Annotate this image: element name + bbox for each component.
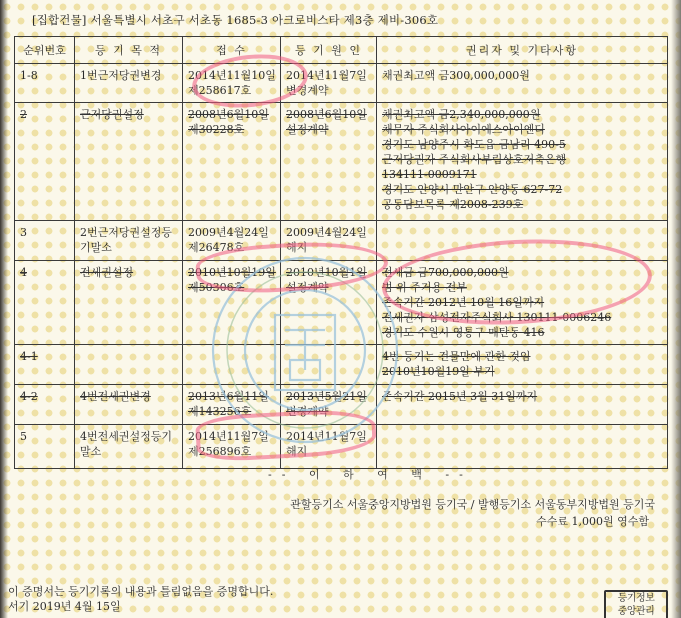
issue-date: 서기 2019년 4월 15일 <box>8 599 273 614</box>
cell-text: 제256896호 <box>188 444 251 459</box>
cell-text: 2014년11월7일 <box>188 429 269 444</box>
table-row: 1-81번근저당권변경2014년11월10일제258617호2014년11월7일… <box>15 64 668 103</box>
cell-text: 1번근저당권변경 <box>80 68 177 83</box>
purpose-cell: 4번전세권설정등기말소 <box>75 425 183 469</box>
cause-cell <box>281 345 377 385</box>
cell-text: 해지 <box>286 444 307 459</box>
cell-text: 2008년6월10일 <box>188 107 269 122</box>
purpose-cell: 1번근저당권변경 <box>75 64 183 103</box>
cell-text: 2014년11월7일 <box>286 68 367 83</box>
receipt-cell: 2008년6월10일제30228호 <box>183 103 281 221</box>
building-type-label: [집합건물] <box>32 13 87 27</box>
cell-text: 전세권설정 <box>80 265 177 280</box>
cell-text: 채권최고액 금300,000,000원 <box>382 68 530 83</box>
cell-text: 4-1 <box>20 349 38 364</box>
seal-text-line-2: 중앙관리 <box>606 605 666 618</box>
cell-text: 전세권자 삼성전자주식회사 130111-0006246 <box>382 310 611 325</box>
cell-text: 제30228호 <box>188 122 244 137</box>
cell-text: 3 <box>20 225 27 240</box>
table-row: 4-14번 등기는 건물만에 관한 것임2010년10월19일 부기 <box>15 345 668 385</box>
receipt-cell: 2014년11월7일제256896호 <box>183 425 281 469</box>
cell-text: 공동담보목록 제2008-239호 <box>382 197 523 212</box>
cell-text: 경기도 남양주시 화도읍 금남리 490-5 <box>382 137 566 152</box>
end-of-record-mark: -- 이 하 여 백 -- <box>268 466 473 482</box>
cell-text: 4번전세권설정등기말소 <box>80 429 177 459</box>
cell-text: 2009년4월24일 <box>188 225 269 240</box>
rank-cell: 3 <box>15 221 75 261</box>
rank-cell: 2 <box>15 103 75 221</box>
cell-text: 2010년10월1일 <box>286 265 367 280</box>
registry-info-seal: 등기정보 중앙관리 <box>604 590 668 618</box>
cell-text: 134111-0009171 <box>382 167 477 182</box>
cell-text: 전세금 금700,000,000원 <box>382 265 509 280</box>
cell-text: 존속기간 2015년 3월 31일까지 <box>382 389 537 404</box>
cell-text: 2014년11월7일 <box>286 429 367 444</box>
cell-text: 제26478호 <box>188 240 244 255</box>
details-cell: 전세금 금700,000,000원범 위 주거용 전부존속기간 2012년 10… <box>377 261 668 345</box>
purpose-cell <box>75 345 183 385</box>
cause-cell: 2008년6월10일설정계약 <box>281 103 377 221</box>
cell-text: 범 위 주거용 전부 <box>382 280 467 295</box>
cell-text: 2014년11월10일 <box>188 68 276 83</box>
purpose-cell: 2번근저당권설정등기말소 <box>75 221 183 261</box>
table-row: 4-24번전세권변경2013년6월11일제143256호2013년5월21일변경… <box>15 385 668 425</box>
table-header-row: 순위번호 등 기 목 적 접 수 등 기 원 인 권리자 및 기타사항 <box>15 37 668 64</box>
cause-cell: 2014년11월7일변경계약 <box>281 64 377 103</box>
cell-text: 제143256호 <box>188 404 251 419</box>
purpose-cell: 4번전세권변경 <box>75 385 183 425</box>
receipt-cell: 2010년10월19일제50306호 <box>183 261 281 345</box>
seal-text-line-1: 등기정보 <box>606 592 666 605</box>
cell-text: 변경계약 <box>286 83 329 98</box>
cell-text: 2010년10월19일 <box>188 265 276 280</box>
table-row: 54번전세권설정등기말소2014년11월7일제256896호2014년11월7일… <box>15 425 668 469</box>
details-cell: 4번 등기는 건물만에 관한 것임2010년10월19일 부기 <box>377 345 668 385</box>
details-cell <box>377 221 668 261</box>
cell-text: 1-8 <box>20 68 38 83</box>
photo-edge-right <box>671 0 681 618</box>
cell-text: 경기도 안양시 만안구 안양동 627-72 <box>382 182 562 197</box>
certification-block: 이 증명서는 등기기록의 내용과 틀림없음을 증명합니다. 서기 2019년 4… <box>8 584 273 614</box>
col-receipt: 접 수 <box>183 37 281 64</box>
cell-text: 2008년6월10일 <box>286 107 367 122</box>
cell-text: 근저당권설정 <box>80 107 177 122</box>
registry-office-line: 관할등기소 서울중앙지방법원 등기국 / 발행등기소 서울동부지방법원 등기국 <box>290 496 655 512</box>
cause-cell: 2009년4월24일해지 <box>281 221 377 261</box>
cause-cell: 2014년11월7일해지 <box>281 425 377 469</box>
cell-text: 채무자 주식회사아이에스아이엔디 <box>382 122 545 137</box>
rank-cell: 4 <box>15 261 75 345</box>
cell-text: 존속기간 2012년 10월 16일까지 <box>382 295 544 310</box>
table-body: 1-81번근저당권변경2014년11월10일제258617호2014년11월7일… <box>15 64 668 469</box>
cell-text: 2013년5월21일 <box>286 389 367 404</box>
receipt-cell <box>183 345 281 385</box>
cell-text: 4-2 <box>20 389 38 404</box>
rank-cell: 1-8 <box>15 64 75 103</box>
cell-text: 5 <box>20 429 27 444</box>
cell-text: 해지 <box>286 240 307 255</box>
cell-text: 2009년4월24일 <box>286 225 367 240</box>
receipt-cell: 2009년4월24일제26478호 <box>183 221 281 261</box>
purpose-cell: 전세권설정 <box>75 261 183 345</box>
cell-text: 2 <box>20 107 27 122</box>
details-cell: 채권최고액 금300,000,000원 <box>377 64 668 103</box>
cell-text: 변경계약 <box>286 404 329 419</box>
cell-text: 채권최고액 금2,340,000,000원 <box>382 107 540 122</box>
rank-cell: 5 <box>15 425 75 469</box>
col-rank: 순위번호 <box>15 37 75 64</box>
cell-text: 4번전세권변경 <box>80 389 177 404</box>
cell-text: 설정계약 <box>286 280 329 295</box>
photo-edge-left <box>0 0 8 618</box>
document-title: [집합건물] 서울특별시 서초구 서초동 1685-3 아크로비스타 제3층 제… <box>32 12 438 28</box>
cell-text: 2010년10월19일 부기 <box>382 364 495 379</box>
details-cell: 채권최고액 금2,340,000,000원채무자 주식회사아이에스아이엔디경기도… <box>377 103 668 221</box>
cell-text: 제50306호 <box>188 280 244 295</box>
details-cell: 존속기간 2015년 3월 31일까지 <box>377 385 668 425</box>
table-row: 2근저당권설정2008년6월10일제30228호2008년6월10일설정계약채권… <box>15 103 668 221</box>
fee-receipt-line: 수수료 1,000원 영수함 <box>536 513 649 529</box>
cell-text: 근저당권자 주식회사부림상호저축은행 <box>382 152 566 167</box>
cell-text: 2013년6월11일 <box>188 389 269 404</box>
cell-text: 경기도 수원시 영통구 매탄동 416 <box>382 325 545 340</box>
purpose-cell: 근저당권설정 <box>75 103 183 221</box>
receipt-cell: 2014년11월10일제258617호 <box>183 64 281 103</box>
col-purpose: 등 기 목 적 <box>75 37 183 64</box>
col-cause: 등 기 원 인 <box>281 37 377 64</box>
cell-text: 2번근저당권설정등기말소 <box>80 225 177 255</box>
cell-text: 4 <box>20 265 27 280</box>
col-details: 권리자 및 기타사항 <box>377 37 668 64</box>
receipt-cell: 2013년6월11일제143256호 <box>183 385 281 425</box>
table-row: 32번근저당권설정등기말소2009년4월24일제26478호2009년4월24일… <box>15 221 668 261</box>
cell-text: 설정계약 <box>286 122 329 137</box>
certification-statement: 이 증명서는 등기기록의 내용과 틀림없음을 증명합니다. <box>8 584 273 599</box>
property-address: 서울특별시 서초구 서초동 1685-3 아크로비스타 제3층 제비-306호 <box>90 13 438 27</box>
rank-cell: 4-2 <box>15 385 75 425</box>
cause-cell: 2010년10월1일설정계약 <box>281 261 377 345</box>
registry-table: 순위번호 등 기 목 적 접 수 등 기 원 인 권리자 및 기타사항 1-81… <box>14 36 668 469</box>
rank-cell: 4-1 <box>15 345 75 385</box>
cell-text: 제258617호 <box>188 83 251 98</box>
cause-cell: 2013년5월21일변경계약 <box>281 385 377 425</box>
table-row: 4전세권설정2010년10월19일제50306호2010년10월1일설정계약전세… <box>15 261 668 345</box>
details-cell <box>377 425 668 469</box>
cell-text: 4번 등기는 건물만에 관한 것임 <box>382 349 531 364</box>
